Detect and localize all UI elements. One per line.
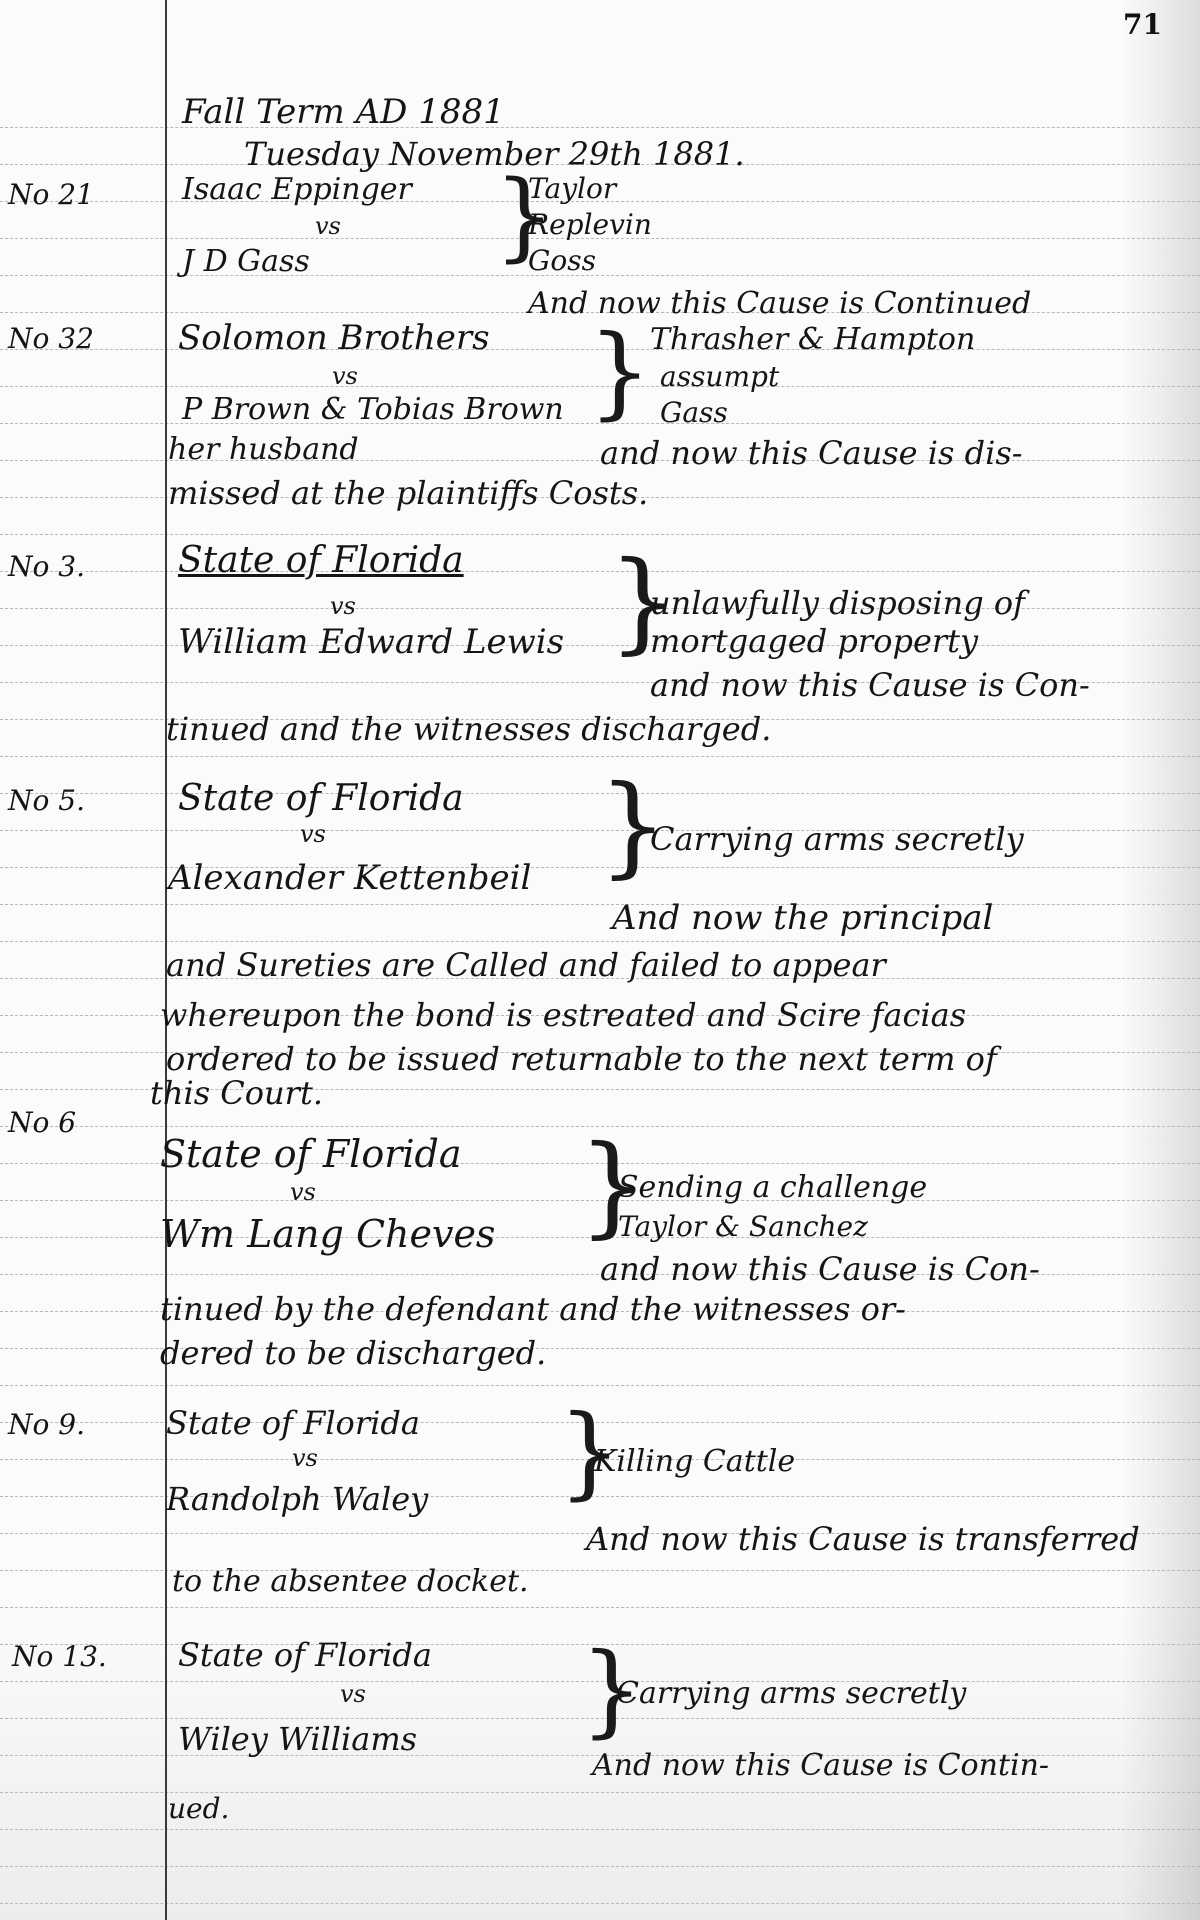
disposition-line: ued. bbox=[168, 1792, 229, 1825]
defendant: William Edward Lewis bbox=[178, 622, 564, 662]
plaintiff: State of Florida bbox=[178, 778, 464, 819]
rule-line bbox=[0, 1385, 1200, 1386]
disposition-line: this Court. bbox=[150, 1074, 323, 1112]
plaintiff-attorney: Thrasher & Hampton bbox=[650, 322, 975, 357]
rule-line bbox=[0, 275, 1200, 276]
plaintiff: State of Florida bbox=[178, 540, 464, 581]
case-number: No 6 bbox=[8, 1106, 76, 1139]
defendant: P Brown & Tobias Brown bbox=[182, 392, 564, 427]
plaintiff-attorney: Taylor bbox=[528, 172, 616, 205]
disposition-line: tinued by the defendant and the witnesse… bbox=[160, 1290, 906, 1328]
rule-line bbox=[0, 941, 1200, 942]
versus-mark: vs bbox=[340, 1680, 366, 1708]
brace-icon: } bbox=[588, 322, 652, 422]
charge-line: Carrying arms secretly bbox=[650, 820, 1024, 858]
case-number: No 9. bbox=[8, 1408, 85, 1441]
disposition-line: whereupon the bond is estreated and Scir… bbox=[160, 996, 966, 1034]
versus-mark: vs bbox=[330, 592, 356, 620]
plaintiff: State of Florida bbox=[166, 1404, 420, 1442]
defendant-attorney: Goss bbox=[528, 244, 596, 277]
charge-line: Killing Cattle bbox=[594, 1444, 795, 1479]
page-number: 71 bbox=[1123, 8, 1162, 41]
versus-mark: vs bbox=[315, 212, 341, 240]
disposition-line: And now this Cause is Contin- bbox=[592, 1748, 1049, 1783]
case-number: No 32 bbox=[8, 322, 94, 355]
ledger-page: 71 Fall Term AD 1881 Tuesday November 29… bbox=[0, 0, 1200, 1920]
versus-mark: vs bbox=[290, 1178, 316, 1206]
charge-line: mortgaged property bbox=[650, 622, 978, 660]
plaintiff: State of Florida bbox=[160, 1132, 462, 1176]
disposition-line: to the absentee docket. bbox=[172, 1564, 529, 1599]
charge-line: Carrying arms secretly bbox=[616, 1676, 966, 1711]
disposition-line: And now the principal bbox=[612, 898, 993, 938]
disposition-line: and now this Cause is Con- bbox=[600, 1250, 1040, 1288]
versus-mark: vs bbox=[292, 1444, 318, 1472]
action-type: assumpt bbox=[660, 360, 779, 393]
rule-line bbox=[0, 1607, 1200, 1608]
plaintiff: State of Florida bbox=[178, 1636, 432, 1674]
rule-line bbox=[0, 1866, 1200, 1867]
charge-line: unlawfully disposing of bbox=[650, 584, 1025, 622]
disposition-line: dered to be discharged. bbox=[160, 1334, 546, 1372]
charge-line: Sending a challenge bbox=[618, 1170, 927, 1205]
case-number: No 3. bbox=[8, 550, 85, 583]
action-type: Replevin bbox=[528, 208, 652, 241]
disposition-line: tinued and the witnesses discharged. bbox=[166, 710, 771, 748]
defendant-attorney: Gass bbox=[660, 396, 728, 429]
plaintiff: Isaac Eppinger bbox=[182, 172, 412, 207]
versus-mark: vs bbox=[300, 820, 326, 848]
case-number: No 13. bbox=[12, 1640, 107, 1673]
disposition-line: missed at the plaintiffs Costs. bbox=[168, 474, 648, 512]
disposition-line: ordered to be issued returnable to the n… bbox=[166, 1040, 997, 1078]
rule-line bbox=[0, 756, 1200, 757]
defendant: Alexander Kettenbeil bbox=[168, 858, 531, 898]
case-number: No 5. bbox=[8, 784, 85, 817]
rule-line bbox=[0, 534, 1200, 535]
plaintiff: Solomon Brothers bbox=[178, 318, 490, 358]
defendant: Randolph Waley bbox=[166, 1480, 428, 1518]
disposition-line: and now this Cause is dis- bbox=[600, 434, 1023, 472]
disposition-line: And now this Cause is transferred bbox=[586, 1520, 1140, 1558]
disposition-line: and Sureties are Called and failed to ap… bbox=[166, 946, 886, 984]
term-heading: Fall Term AD 1881 bbox=[182, 92, 505, 132]
defendant: Wm Lang Cheves bbox=[160, 1212, 495, 1256]
disposition-line: and now this Cause is Con- bbox=[650, 666, 1090, 704]
defendant: Wiley Williams bbox=[178, 1720, 417, 1758]
versus-mark: vs bbox=[332, 362, 358, 390]
case-number: No 21 bbox=[8, 178, 94, 211]
defendant-note: her husband bbox=[168, 432, 359, 467]
rule-line bbox=[0, 1903, 1200, 1904]
defendant: J D Gass bbox=[182, 244, 310, 279]
rule-line bbox=[0, 127, 1200, 128]
rule-line bbox=[0, 1829, 1200, 1830]
rule-line bbox=[0, 904, 1200, 905]
attorneys: Taylor & Sanchez bbox=[618, 1210, 868, 1243]
